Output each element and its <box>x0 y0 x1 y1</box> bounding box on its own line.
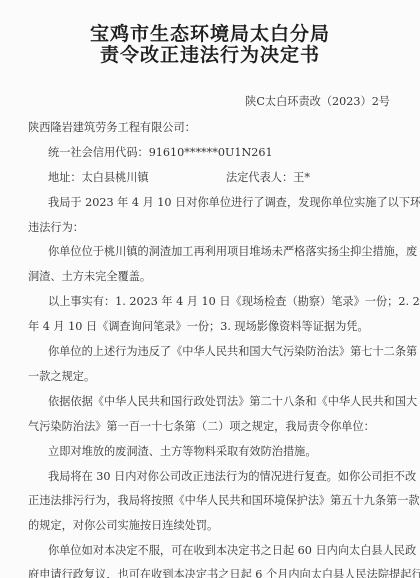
document-number: 陕C太白环责改（2023）2号 <box>245 95 390 109</box>
paragraph-line: 立即对堆放的废洞渣、土方等物料采取有效防治措施。 <box>48 445 317 459</box>
paragraph-line: 一款之规定。 <box>28 370 95 384</box>
paragraph-line: 正违法排污行为，我局将按照《中华人民共和国环境保护法》第五十九条第一款 <box>28 494 420 508</box>
document-title-line1: 宝鸡市生态环境局太白分局 <box>0 24 420 44</box>
legal-representative: 法定代表人：王* <box>226 171 310 185</box>
paragraph-line: 以上事实有：1. 2023 年 4 月 10 日《现场检查（勘察）笔录》一份；2… <box>48 295 420 309</box>
paragraph-line: 依据依据《中华人民共和国行政处罚法》第二十八条和《中华人民共和国大 <box>48 395 417 409</box>
document-title-line2: 责令改正违法行为决定书 <box>0 45 420 65</box>
paragraph-line: 你单位位于桃川镇的洞渣加工再利用项目堆场未严格落实扬尘抑尘措施，废 <box>48 245 417 259</box>
addressee: 陕西隆岩建筑劳务工程有限公司： <box>28 121 196 135</box>
paragraph-line: 气污染防治法》第一百一十七条第（二）项之规定，我局责令你单位： <box>28 420 375 434</box>
paragraph-line: 府申请行政复议，也可在收到本决定书之日起 6 个月内向太白县人民法院提起行 <box>28 568 420 578</box>
paragraph-line: 我局将在 30 日内对你公司改正违法行为的情况进行复查。如你公司拒不改 <box>48 470 416 484</box>
paragraph-line: 你单位的上述行为违反了《中华人民共和国大气污染防治法》第七十二条第 <box>48 345 417 359</box>
paragraph-line: 你单位如对本决定不服，可在收到本决定书之日起 60 日内向太白县人民政 <box>48 544 416 558</box>
paragraph-line: 违法行为： <box>28 221 84 235</box>
address: 地址：太白县桃川镇 <box>48 171 149 185</box>
paragraph-line: 洞渣、土方未完全覆盖。 <box>28 270 151 284</box>
paragraph-line: 年 4 月 10 日《调查询问笔录》一份；3. 现场影像资料等证据为凭。 <box>28 320 369 334</box>
credit-code: 统一社会信用代码：91610******0U1N261 <box>48 146 273 160</box>
decision-document: 宝鸡市生态环境局太白分局 责令改正违法行为决定书 陕C太白环责改（2023）2号… <box>0 0 420 578</box>
paragraph-line: 的规定，对你公司实施按日连续处罚。 <box>28 519 218 533</box>
paragraph-line: 我局于 2023 年 4 月 10 日对你单位进行了调查，发现你单位实施了以下环… <box>48 196 420 210</box>
